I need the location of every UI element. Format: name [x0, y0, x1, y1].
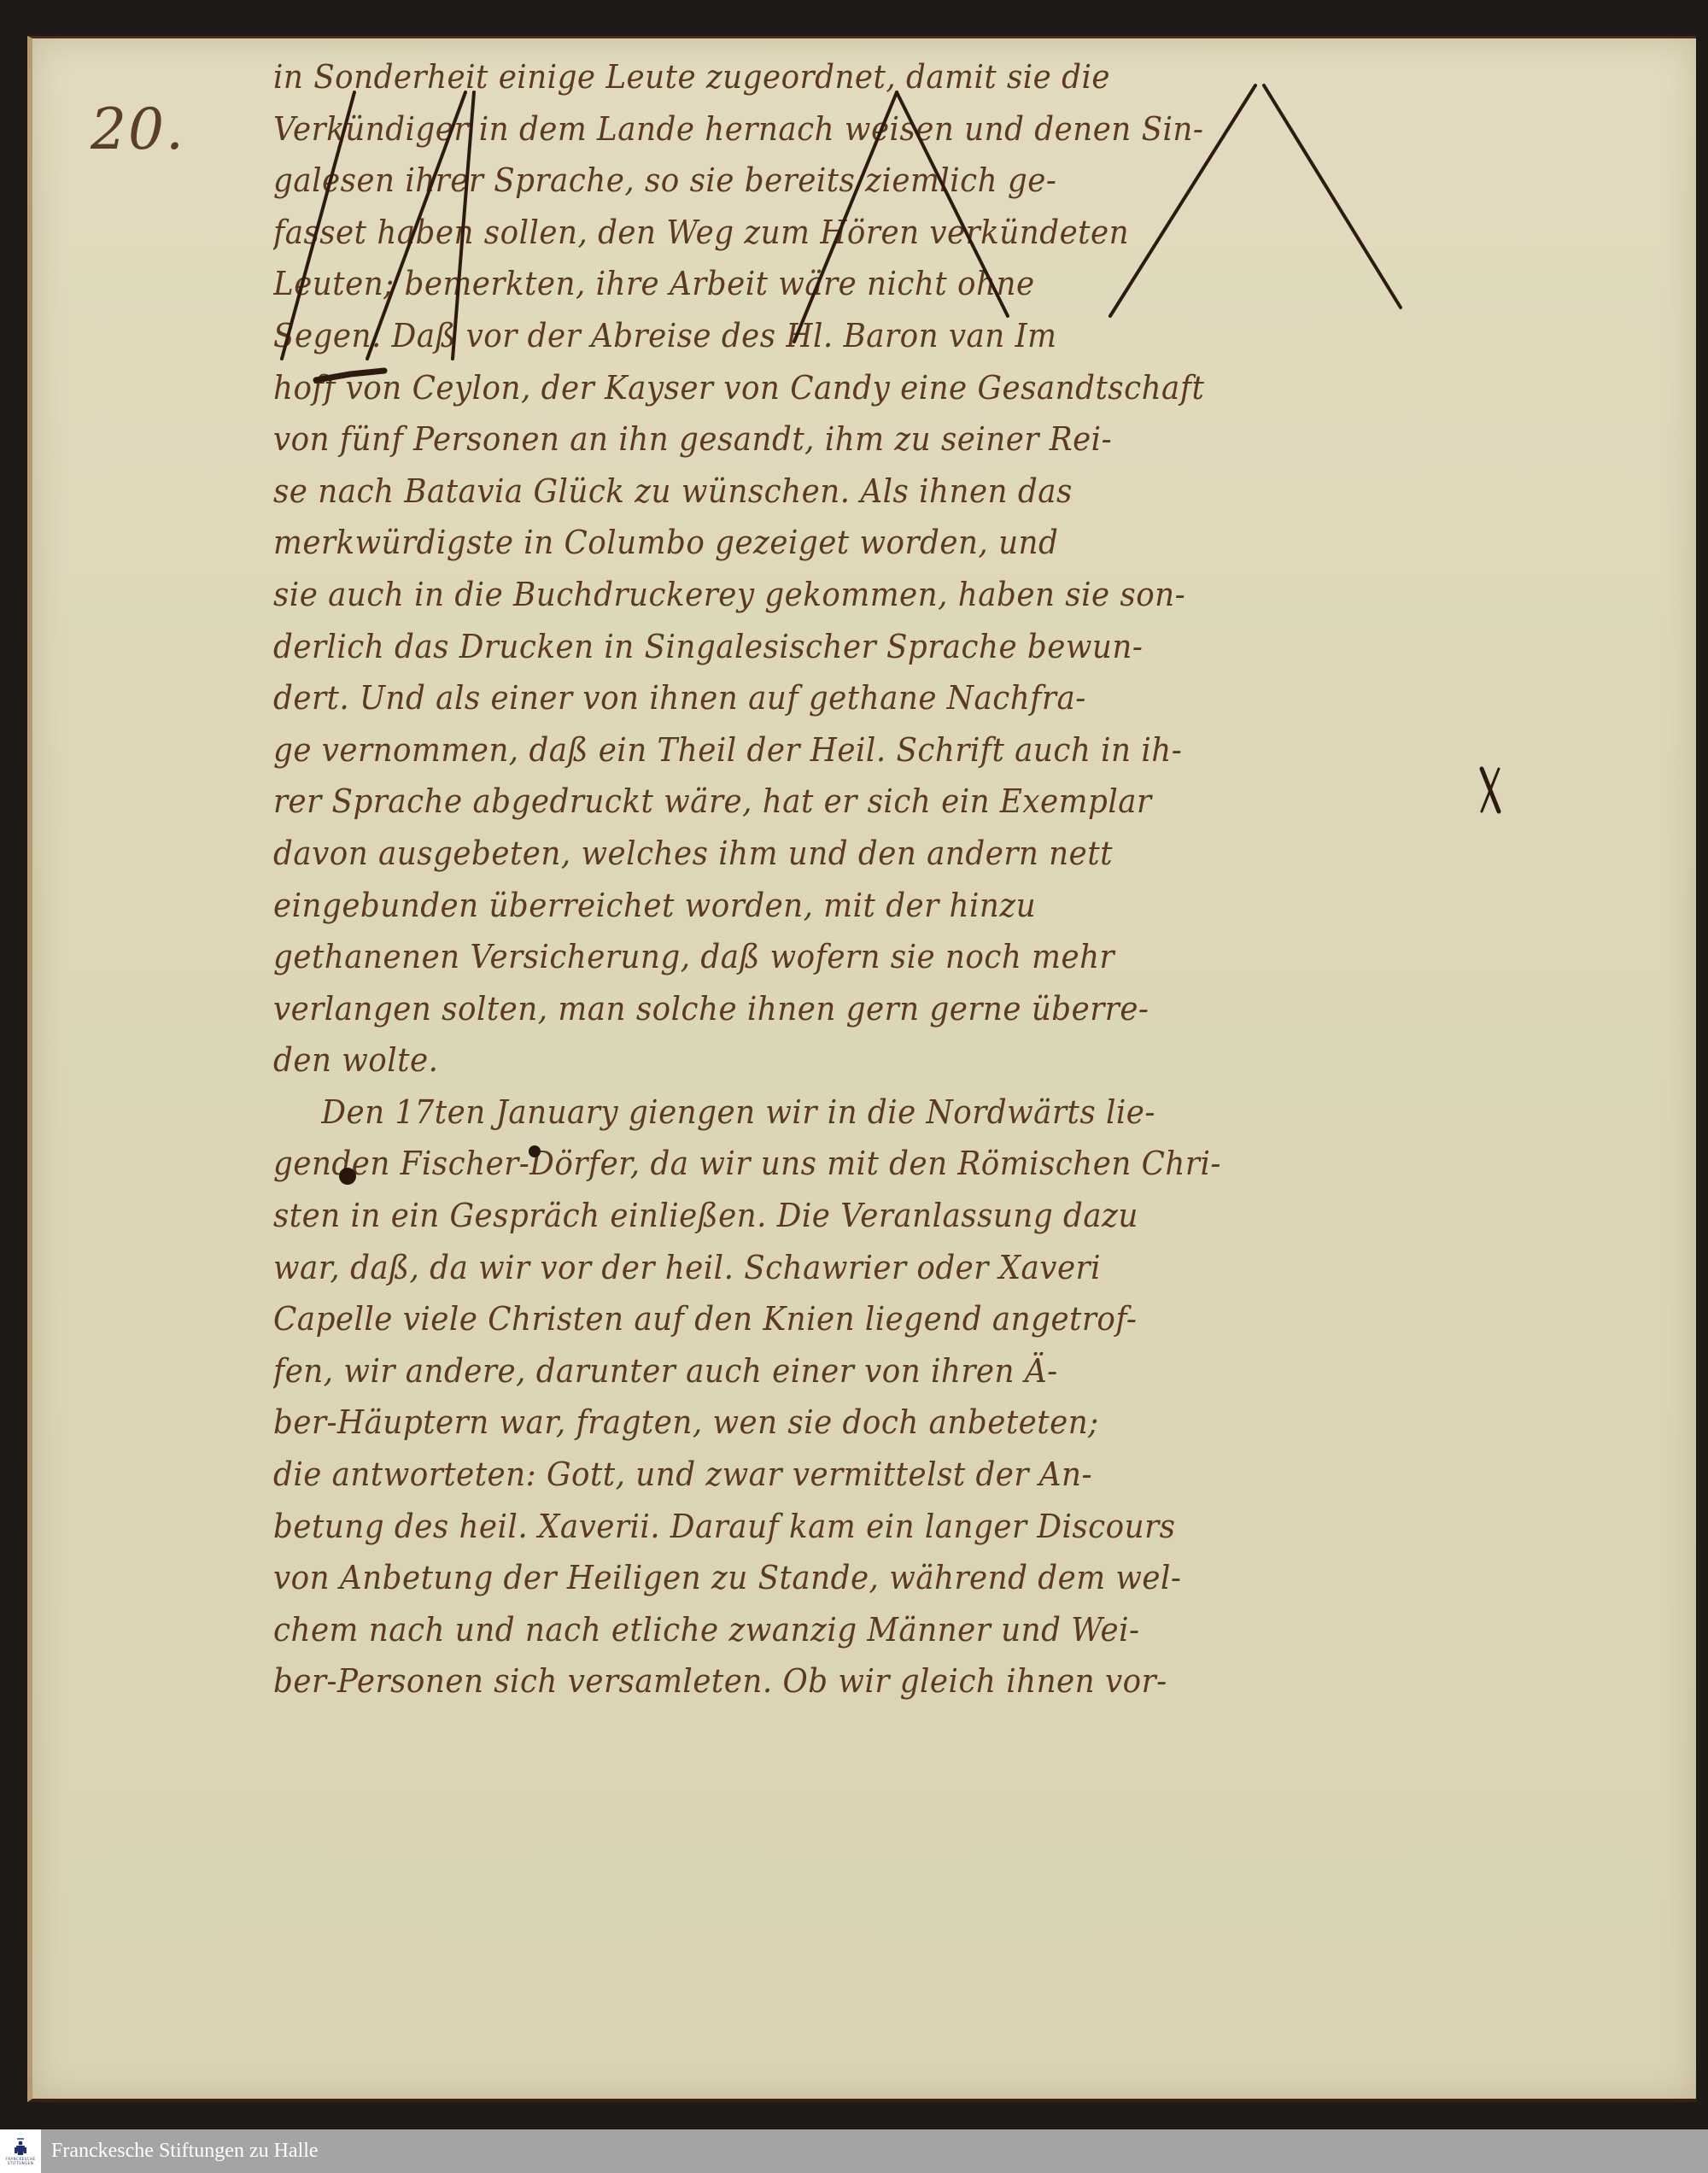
text-line: fasset haben sollen, den Weg zum Hören v… [273, 207, 1606, 259]
text-line: sten in ein Gespräch einließen. Die Vera… [273, 1190, 1606, 1242]
text-line: galesen ihrer Sprache, so sie bereits zi… [273, 155, 1606, 207]
text-line: Segen. Daß vor der Abreise des Hl. Baron… [273, 310, 1606, 362]
text-line: dert. Und als einer von ihnen auf gethan… [273, 672, 1606, 724]
text-line: se nach Batavia Glück zu wünschen. Als i… [273, 466, 1606, 518]
text-line: rer Sprache abgedruckt wäre, hat er sich… [273, 776, 1606, 828]
figure-logo-icon [15, 2138, 26, 2157]
text-line: davon ausgebeten, welches ihm und den an… [273, 828, 1606, 880]
text-line: von fünf Personen an ihn gesandt, ihm zu… [273, 413, 1606, 466]
institution-name: Franckesche Stiftungen zu Halle [51, 2140, 319, 2163]
text-line: sie auch in die Buchdruckerey gekommen, … [273, 569, 1606, 621]
text-line: betung des heil. Xaverii. Darauf kam ein… [273, 1501, 1606, 1553]
manuscript-text: in Sonderheit einige Leute zugeordnet, d… [273, 51, 1691, 1707]
text-line: Capelle viele Christen auf den Knien lie… [273, 1293, 1606, 1345]
text-line: ber-Häuptern war, fragten, wen sie doch … [273, 1397, 1606, 1449]
footer-bar: FRANCKESCHE STIFTUNGEN Franckesche Stift… [0, 2129, 1708, 2173]
text-line: in Sonderheit einige Leute zugeordnet, d… [273, 51, 1606, 103]
text-line: ber-Personen sich versamleten. Ob wir gl… [273, 1655, 1606, 1707]
scan-background: 20. in Sonderheit einige Leute zugeordne… [0, 0, 1708, 2129]
text-line: die antworteten: Gott, und zwar vermitte… [273, 1449, 1606, 1501]
text-line: den wolte. [273, 1034, 1606, 1086]
institution-logo: FRANCKESCHE STIFTUNGEN [0, 2129, 41, 2173]
text-line: fen, wir andere, darunter auch einer von… [273, 1345, 1606, 1397]
text-line: ge vernommen, daß ein Theil der Heil. Sc… [273, 724, 1606, 776]
text-line: von Anbetung der Heiligen zu Stande, wäh… [273, 1552, 1606, 1604]
text-line: derlich das Drucken in Singalesischer Sp… [273, 621, 1606, 673]
text-line: chem nach und nach etliche zwanzig Männe… [273, 1604, 1606, 1656]
text-line: Leuten; bemerkten, ihre Arbeit wäre nich… [273, 258, 1606, 310]
text-line: genden Fischer-Dörfer, da wir uns mit de… [273, 1138, 1606, 1190]
text-line: hoff von Ceylon, der Kayser von Candy ei… [273, 362, 1606, 414]
text-line: verlangen solten, man solche ihnen gern … [273, 983, 1606, 1035]
text-line: eingebunden überreichet worden, mit der … [273, 880, 1606, 932]
text-line-paragraph-start: Den 17ten January giengen wir in die Nor… [273, 1086, 1606, 1139]
logo-text-line2: STIFTUNGEN [8, 2161, 33, 2165]
page-number: 20. [91, 97, 185, 162]
text-line: Verkündiger in dem Lande hernach weisen … [273, 103, 1606, 155]
text-line: gethanenen Versicherung, daß wofern sie … [273, 931, 1606, 983]
text-line: war, daß, da wir vor der heil. Schawrier… [273, 1242, 1606, 1294]
text-line: merkwürdigste in Columbo gezeiget worden… [273, 517, 1606, 569]
